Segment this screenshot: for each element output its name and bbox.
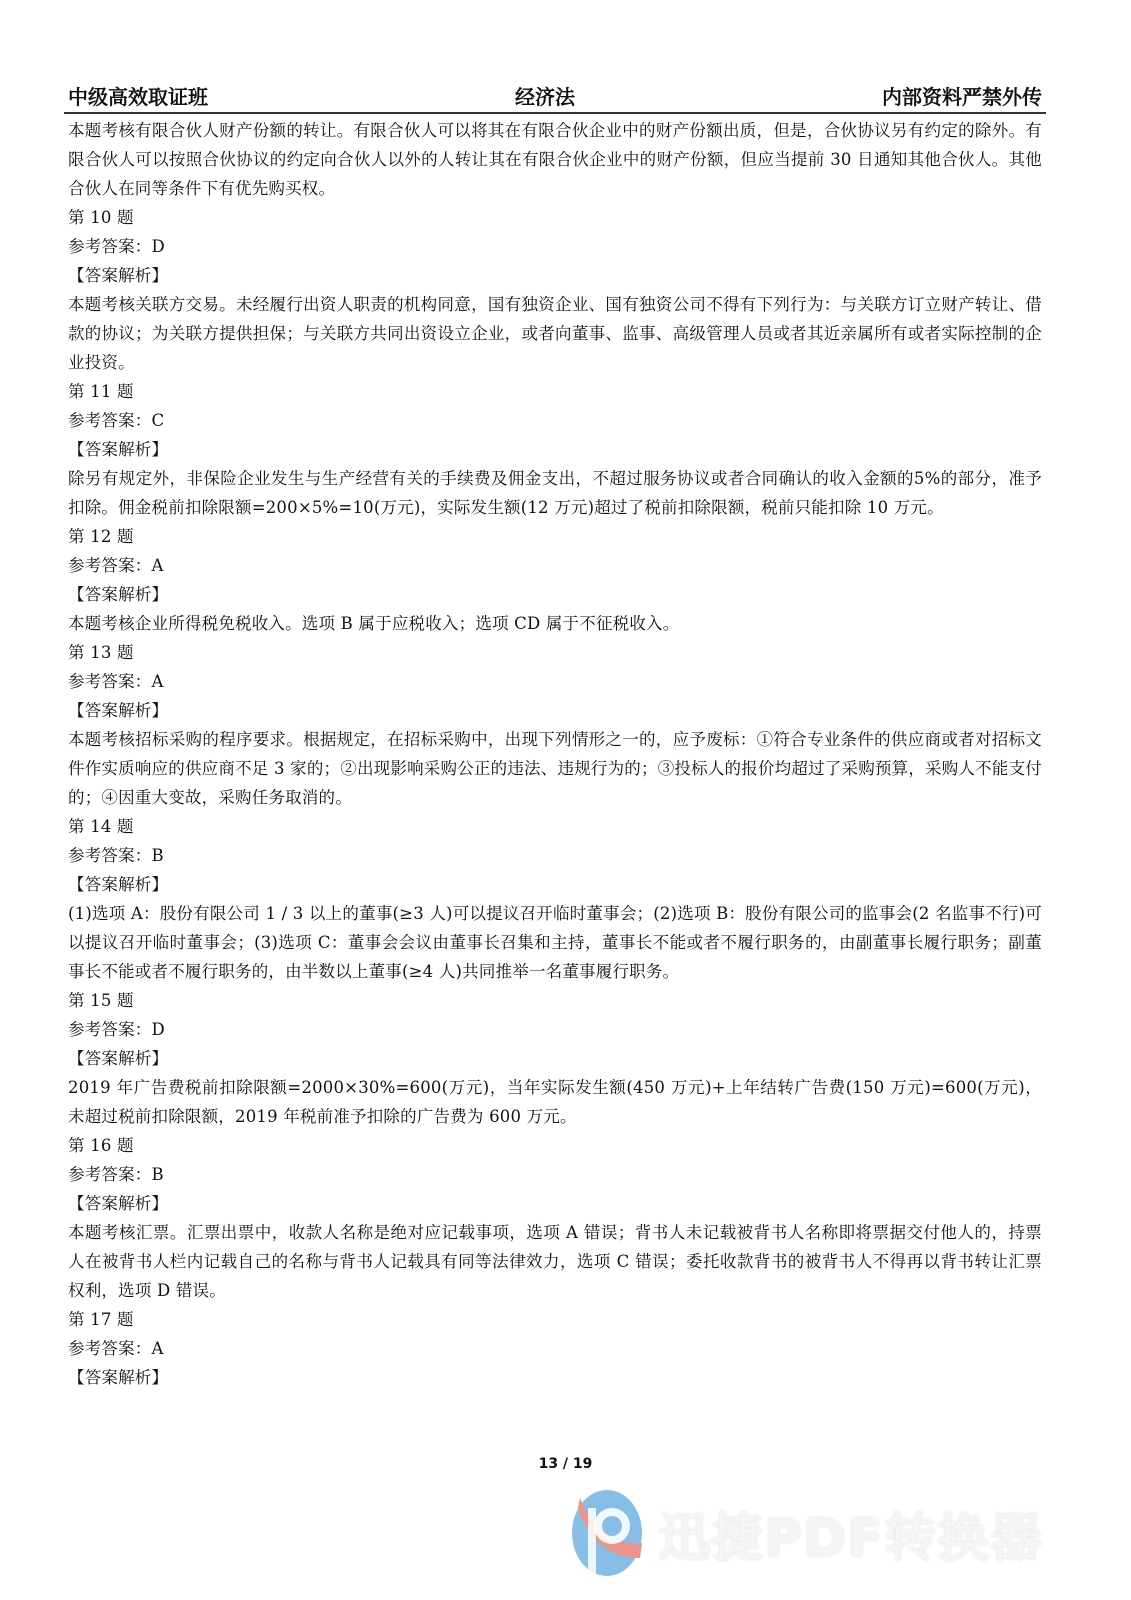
question-title: 第 17 题: [68, 1305, 1042, 1334]
analysis-label: 【答案解析】: [68, 870, 1042, 899]
analysis-text: 本题考核招标采购的程序要求。根据规定，在招标采购中，出现下列情形之一的，应予废标…: [68, 725, 1042, 812]
reference-answer: 参考答案：D: [68, 1015, 1042, 1044]
question-title: 第 15 题: [68, 986, 1042, 1015]
analysis-label: 【答案解析】: [68, 1189, 1042, 1218]
analysis-label: 【答案解析】: [68, 1044, 1042, 1073]
question-block-11: 第 11 题 参考答案：C 【答案解析】 除另有规定外，非保险企业发生与生产经营…: [68, 377, 1042, 522]
analysis-label: 【答案解析】: [68, 696, 1042, 725]
analysis-text: 本题考核关联方交易。未经履行出资人职责的机构同意，国有独资企业、国有独资公司不得…: [68, 290, 1042, 377]
document-body: 本题考核有限合伙人财产份额的转让。有限合伙人可以将其在有限合伙企业中的财产份额出…: [68, 116, 1042, 1392]
intro-paragraph: 本题考核有限合伙人财产份额的转让。有限合伙人可以将其在有限合伙企业中的财产份额出…: [68, 116, 1042, 203]
analysis-label: 【答案解析】: [68, 1363, 1042, 1392]
header-course-name: 中级高效取证班: [68, 81, 208, 110]
reference-answer: 参考答案：B: [68, 841, 1042, 870]
reference-answer: 参考答案：B: [68, 1160, 1042, 1189]
question-title: 第 13 题: [68, 638, 1042, 667]
analysis-text: 本题考核汇票。汇票出票中，收款人名称是绝对应记载事项，选项 A 错误；背书人未记…: [68, 1218, 1042, 1305]
analysis-text: (1)选项 A：股份有限公司 1 / 3 以上的董事(≥3 人)可以提议召开临时…: [68, 899, 1042, 986]
question-block-14: 第 14 题 参考答案：B 【答案解析】 (1)选项 A：股份有限公司 1 / …: [68, 812, 1042, 986]
question-block-12: 第 12 题 参考答案：A 【答案解析】 本题考核企业所得税免税收入。选项 B …: [68, 522, 1042, 638]
header-subject: 经济法: [515, 81, 575, 110]
question-block-13: 第 13 题 参考答案：A 【答案解析】 本题考核招标采购的程序要求。根据规定，…: [68, 638, 1042, 812]
question-title: 第 11 题: [68, 377, 1042, 406]
watermark-text: 迅捷PDF转换器: [658, 1496, 1043, 1571]
analysis-label: 【答案解析】: [68, 261, 1042, 290]
header-notice: 内部资料严禁外传: [882, 81, 1042, 110]
analysis-text: 本题考核企业所得税免税收入。选项 B 属于应税收入；选项 CD 属于不征税收入。: [68, 609, 1042, 638]
question-block-17: 第 17 题 参考答案：A 【答案解析】: [68, 1305, 1042, 1392]
reference-answer: 参考答案：C: [68, 406, 1042, 435]
analysis-label: 【答案解析】: [68, 435, 1042, 464]
xunjie-pdf-logo-icon: [570, 1488, 644, 1578]
question-block-10: 第 10 题 参考答案：D 【答案解析】 本题考核关联方交易。未经履行出资人职责…: [68, 203, 1042, 377]
question-title: 第 16 题: [68, 1131, 1042, 1160]
watermark: 迅捷PDF转换器: [570, 1488, 1043, 1578]
question-block-16: 第 16 题 参考答案：B 【答案解析】 本题考核汇票。汇票出票中，收款人名称是…: [68, 1131, 1042, 1305]
question-title: 第 12 题: [68, 522, 1042, 551]
header-divider: [64, 112, 1046, 114]
reference-answer: 参考答案：D: [68, 232, 1042, 261]
analysis-label: 【答案解析】: [68, 580, 1042, 609]
page-number: 13 / 19: [0, 1456, 1131, 1472]
question-title: 第 10 题: [68, 203, 1042, 232]
reference-answer: 参考答案：A: [68, 1334, 1042, 1363]
question-title: 第 14 题: [68, 812, 1042, 841]
question-block-15: 第 15 题 参考答案：D 【答案解析】 2019 年广告费税前扣除限额=200…: [68, 986, 1042, 1131]
analysis-text: 2019 年广告费税前扣除限额=2000×30%=600(万元)，当年实际发生额…: [68, 1073, 1042, 1131]
reference-answer: 参考答案：A: [68, 551, 1042, 580]
reference-answer: 参考答案：A: [68, 667, 1042, 696]
page-header: 中级高效取证班 经济法 内部资料严禁外传: [68, 78, 1042, 112]
analysis-text: 除另有规定外，非保险企业发生与生产经营有关的手续费及佣金支出，不超过服务协议或者…: [68, 464, 1042, 522]
